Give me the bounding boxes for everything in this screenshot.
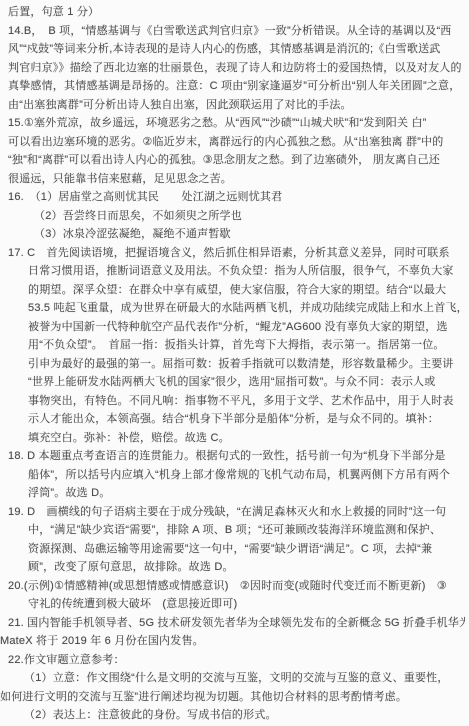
text-line-36: 22.作文审题立意参考： bbox=[0, 651, 465, 670]
text-line-5: 真挚感情，其情感基调是昂扬的。注意：C 项由“别家逢逼岁”可分析出“别人年关团圆… bbox=[0, 77, 465, 96]
text-line-29: 中，“满足”缺少宾语“需要”，排除 A 项、B 项；“还可兼顾改装海洋环境监测和… bbox=[0, 521, 465, 540]
text-line-26: 船体”，所以括号内应填入“机身上部才像常规的飞机气动布局，机翼两侧下方吊有两个 bbox=[0, 466, 465, 485]
text-line-7: 15.①塞外荒凉，故乡遥远，环境恶劣之愁。从“西风”“沙碛”“山城犬吠”和“发到… bbox=[0, 114, 465, 133]
text-line-3: 风”“戍鼓”等词来分析,本诗表现的是诗人内心的伤感，其情感基调是消沉的;《白雪歌… bbox=[0, 40, 465, 59]
text-line-17: 53.5 吨起飞重量，成为世界在研最大的水陆两栖飞机，并成功陆续完成陆上和水上首… bbox=[0, 299, 465, 318]
text-line-32: 20.(示例)①情感精神(或思想情感或情感意识) ②因时而变(或随时代变迁而不断… bbox=[0, 577, 465, 596]
text-line-25: 18. D 本题重点考查语言的连贯能力。根据句式的一致性，括号前一句为“机身下半… bbox=[0, 447, 465, 466]
text-line-4: 判官归京》》描绘了西北边塞的壮丽景色，表现了诗人和边防将士的爱国热情，以及对友人… bbox=[0, 59, 465, 78]
text-line-19: 用“不负众望”。 首屈一指：扳指头计算，首先弯下大拇指，表示第一。指居第一位。 bbox=[0, 336, 465, 355]
text-line-13: （3）冰泉冷涩弦凝绝，凝绝不通声暂歇 bbox=[0, 225, 465, 244]
text-line-2: 14.B， B 项，“情感基调与《白雪歌送武判官归京》一致”分析错误。从全诗的基… bbox=[0, 22, 465, 41]
text-line-11: 16. （1）居庙堂之高则忧其民 处江湖之远则忧其君 bbox=[0, 188, 465, 207]
text-line-39: （2）表达上：注意彼此的身份。写成书信的形式。 bbox=[0, 706, 465, 725]
text-line-10: 很遥远，只能靠书信来慰藉，足见思念之苦。 bbox=[0, 170, 465, 189]
text-line-8: 可以看出边塞环境的恶劣。②临近岁末，离群远行的内心孤独之愁。从“出塞独离 群”中… bbox=[0, 133, 465, 152]
text-line-9: “独”和“离群”可以看出诗人内心的孤独。③思念朋友之愁。到了边塞碛外， 朋友离自… bbox=[0, 151, 465, 170]
text-line-34: 21. 国内智能手机领导者、5G 技术研发领先者华为全球领先发布的全新概念 5G… bbox=[0, 614, 465, 633]
text-line-28: 19. D 画横线的句子语病主要在于成分残缺，“在满足森林灭火和水上救援的同时”… bbox=[0, 503, 465, 522]
text-line-18: 被誉为中国新一代特种航空产品代表作”分析，“鲲龙”AG600 没有辜负大家的期望… bbox=[0, 318, 465, 337]
document-body: 后置，句意 1 分）14.B， B 项，“情感基调与《白雪歌送武判官归京》一致”… bbox=[0, 3, 465, 725]
text-line-24: 填充空白。弥补：补偿，赔偿。故选 C。 bbox=[0, 429, 465, 448]
text-line-38: 如何进行文明的交流与互鉴”进行阐述均视为切题。其他切合材料的思考酌情考虑。 bbox=[0, 688, 465, 707]
text-line-12: （2）吾尝终日而思矣，不如须臾之所学也 bbox=[0, 207, 465, 226]
text-line-1: 后置，句意 1 分） bbox=[0, 3, 465, 22]
text-line-30: 资源探测、岛礁运输等用途需要”这一句中，“需要”缺少谓语“满足”。C 项，去掉“… bbox=[0, 540, 465, 559]
text-line-15: 日常习惯用语，推断词语意义及用法。不负众望：指为人所信服，很争气，不辜负大家 bbox=[0, 262, 465, 281]
scanned-answer-key-page: 后置，句意 1 分）14.B， B 项，“情感基调与《白雪歌送武判官归京》一致”… bbox=[0, 0, 469, 726]
text-line-21: “世界上能研发水陆两栖大飞机的国家”很少，选用“屈指可数”。与众不同：表示人或 bbox=[0, 373, 465, 392]
text-line-6: 由“出塞独离群”可分析出诗人独自出塞，因此颈联运用了对比的手法。 bbox=[0, 96, 465, 115]
text-line-14: 17. C 首先阅读语境，把握语境含义，然后抓住相异语素，分析其意义差异，同时可… bbox=[0, 244, 465, 263]
text-line-33: 守礼的传统遭到极大破坏 (意思接近即可) bbox=[0, 595, 465, 614]
text-line-20: 引申为最好的最强的第一。屈指可数：扳着手指就可以数清楚，形容数量稀少。主要讲 bbox=[0, 355, 465, 374]
text-line-31: 顾”，改变了原句意思，故排除。故选 D。 bbox=[0, 558, 465, 577]
text-line-27: 浮筒”。故选 D。 bbox=[0, 484, 465, 503]
text-line-22: 事物突出，有特色。不同凡响：指事物不平凡，多用于文学、艺术作品中，用于人时表 bbox=[0, 392, 465, 411]
text-line-23: 示人才能出众，本领高强。结合“机身下半部分是船体”分析，是与众不同的。填补： bbox=[0, 410, 465, 429]
text-line-16: 的期望。深孚众望：在群众中享有威望，使大家信服，符合大家的期望。结合“以最大 bbox=[0, 281, 465, 300]
text-line-35: MateX 将于 2019 年 6 月份在国内发售。 bbox=[0, 632, 465, 651]
text-line-37: （1）立意：作文围绕“什么是文明的交流与互鉴，文明的交流与互鉴的意义、重要性， bbox=[0, 669, 465, 688]
